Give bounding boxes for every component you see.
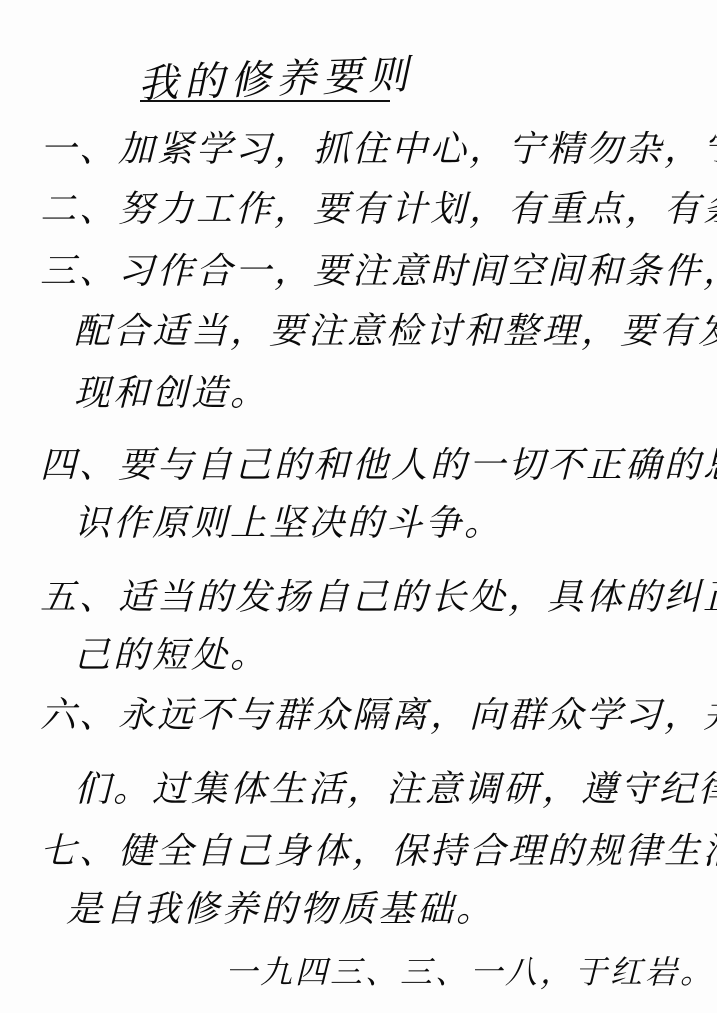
- principle-3-line-2: 配合适当，要注意检讨和整理，要有发: [74, 314, 717, 350]
- principle-1: 一、加紧学习，抓住中心，宁精勿杂，宁专勿多。: [40, 132, 717, 168]
- date-signature: 一九四三、三、一八，于红岩。: [225, 956, 715, 988]
- principle-3-line-1: 三、习作合一，要注意时间空间和条件，使之: [40, 254, 717, 290]
- handwritten-document-page: 我的修养要则 一、加紧学习，抓住中心，宁精勿杂，宁专勿多。 二、努力工作，要有计…: [0, 0, 717, 1013]
- principle-7-line-1: 七、健全自己身体，保持合理的规律生活，这: [40, 834, 717, 870]
- title-underline: [140, 100, 390, 102]
- principle-2: 二、努力工作，要有计划，有重点，有条理。: [40, 192, 717, 228]
- principle-6-line-1: 六、永远不与群众隔离，向群众学习，并帮助他: [40, 698, 717, 734]
- principle-7-line-2: 是自我修养的物质基础。: [66, 892, 495, 928]
- principle-4-line-1: 四、要与自己的和他人的一切不正确的思想意: [40, 448, 717, 484]
- principle-4-line-2: 识作原则上坚决的斗争。: [74, 506, 503, 542]
- principle-6-line-2: 们。过集体生活，注意调研，遵守纪律。: [74, 772, 717, 808]
- principle-5-line-2: 己的短处。: [74, 638, 269, 674]
- principle-3-line-3: 现和创造。: [74, 376, 269, 412]
- principle-5-line-1: 五、适当的发扬自己的长处，具体的纠正自: [40, 580, 717, 616]
